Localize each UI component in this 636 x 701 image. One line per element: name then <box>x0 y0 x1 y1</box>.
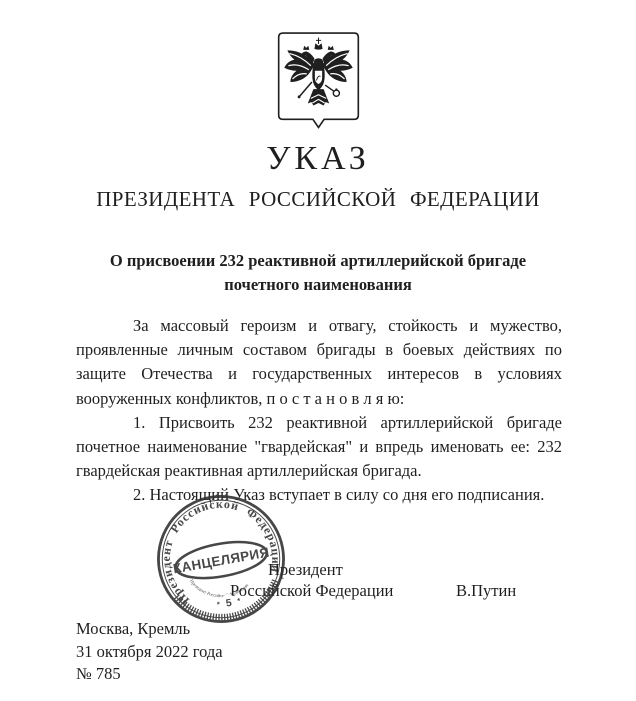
decree-subject-line-1: О присвоении 232 реактивной артиллерийск… <box>75 249 561 273</box>
stamp-star-left: * <box>216 600 221 609</box>
stamp-star-right: * <box>237 596 242 605</box>
decree-subtitle: ПРЕЗИДЕНТА РОССИЙСКОЙ ФЕДЕРАЦИИ <box>0 188 636 210</box>
coat-of-arms-icon <box>277 32 360 129</box>
chancellery-stamp: Президент Российской Федерации Президент… <box>120 458 322 660</box>
decree-paragraph-preamble: За массовый героизм и отвагу, стойкость … <box>76 314 562 411</box>
decree-subject-line-2: почетного наименования <box>75 273 561 297</box>
signature-name: В.Путин <box>456 581 516 601</box>
decree-paragraph-item-1: 1. Присвоить 232 реактивной артиллерийск… <box>76 411 562 484</box>
decree-body: За массовый героизм и отвагу, стойкость … <box>76 314 562 508</box>
decree-title: УКАЗ <box>0 141 636 177</box>
decree-document-page: УКАЗ ПРЕЗИДЕНТА РОССИЙСКОЙ ФЕДЕРАЦИИ О п… <box>0 0 636 701</box>
footer-decree-number: № 785 <box>76 664 121 684</box>
double-headed-eagle-icon <box>284 38 352 106</box>
decree-subject: О присвоении 232 реактивной артиллерийск… <box>75 249 561 296</box>
